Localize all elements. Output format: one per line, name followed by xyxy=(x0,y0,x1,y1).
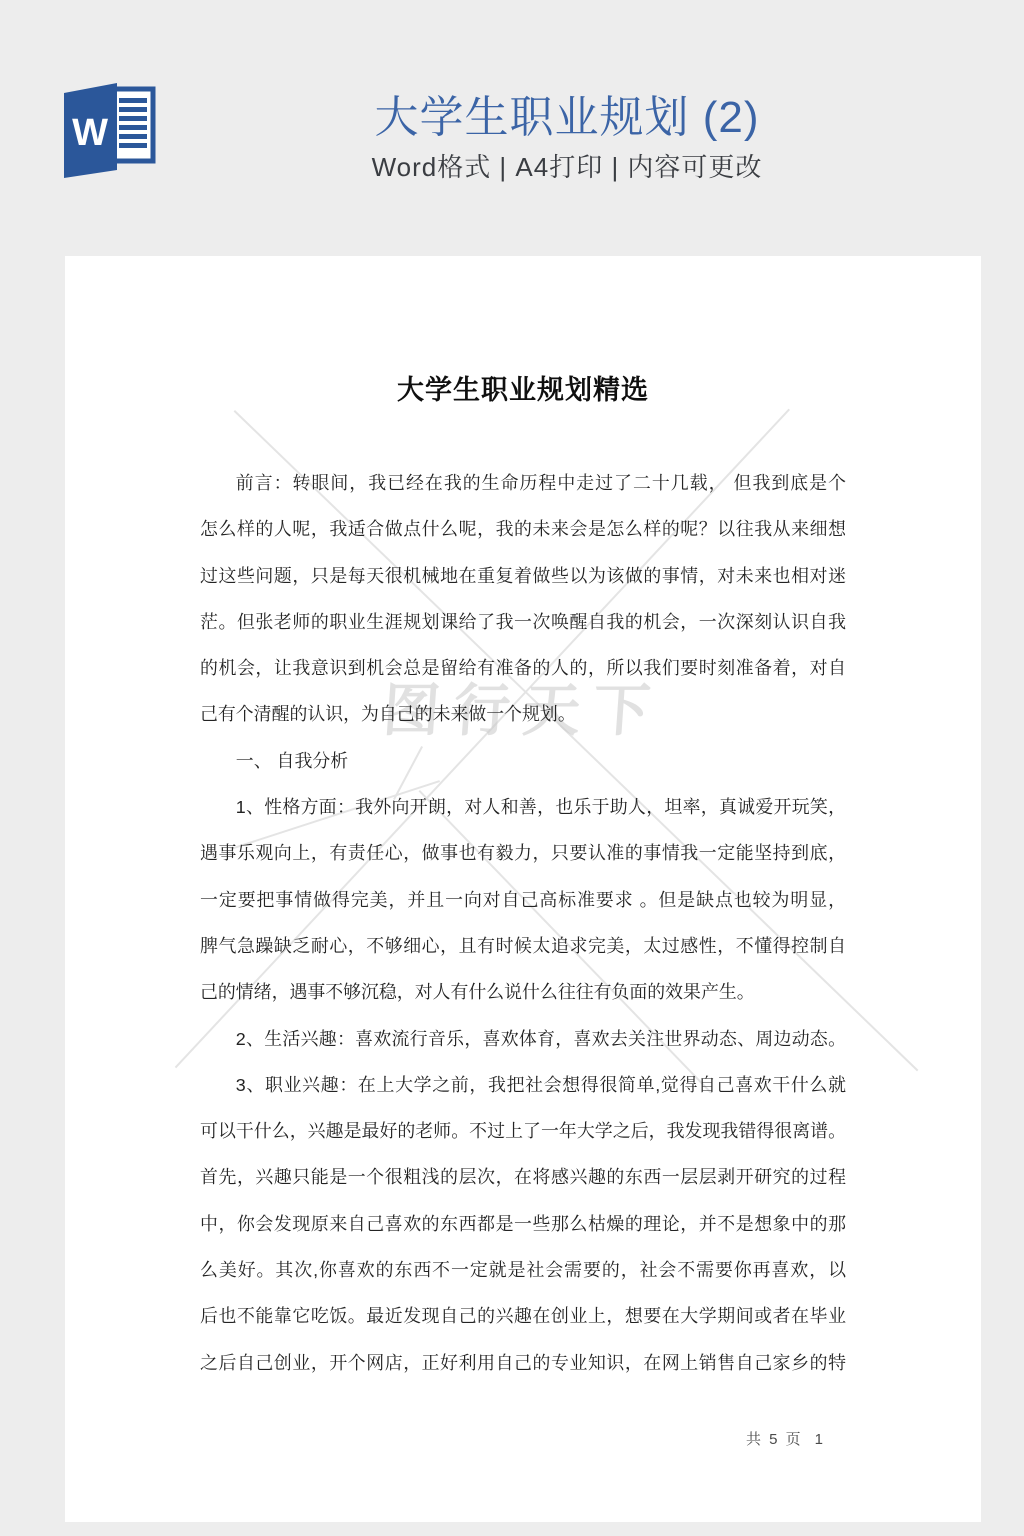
paragraph: 一、 自我分析 xyxy=(200,738,846,784)
paragraph: 前言：转眼间，我已经在我的生命历程中走过了二十几载， 但我到底是个怎么样的人呢，… xyxy=(200,460,846,738)
text-line: 的机会，让我意识到机会总是留给有准备的人的，所以我们要时刻准备着，对自 xyxy=(200,645,846,691)
text-line: 己的情绪，遇事不够沉稳，对人有什么说什么往往有负面的效果产生。 xyxy=(200,969,846,1015)
text-line: 过这些问题，只是每天很机械地在重复着做些以为该做的事情，对未来也相对迷 xyxy=(200,553,846,599)
text-line: 怎么样的人呢，我适合做点什么呢，我的未来会是怎么样的呢？以往我从来细想 xyxy=(200,506,846,552)
page-number: 1 xyxy=(815,1431,823,1448)
document-page: 图行天下 大学生职业规划精选 前言：转眼间，我已经在我的生命历程中走过了二十几载… xyxy=(65,256,981,1522)
header-text: 大学生职业规划 (2) Word格式 | A4打印 | 内容可更改 xyxy=(110,94,1024,184)
document-content: 大学生职业规划精选 前言：转眼间，我已经在我的生命历程中走过了二十几载， 但我到… xyxy=(200,256,846,1386)
text-line: 1、性格方面：我外向开朗，对人和善，也乐于助人，坦率，真诚爱开玩笑， xyxy=(200,784,846,830)
text-line: 可以干什么，兴趣是最好的老师。不过上了一年大学之后，我发现我错得很离谱。 xyxy=(200,1108,846,1154)
paragraph: 3、职业兴趣：在上大学之前，我把社会想得很简单,觉得自己喜欢干什么就可以干什么，… xyxy=(200,1062,846,1386)
text-line: 一、 自我分析 xyxy=(200,738,846,784)
header-subtitle: Word格式 | A4打印 | 内容可更改 xyxy=(110,152,1024,183)
document-body: 前言：转眼间，我已经在我的生命历程中走过了二十几载， 但我到底是个怎么样的人呢，… xyxy=(200,460,846,1386)
text-line: 么美好。其次,你喜欢的东西不一定就是社会需要的，社会不需要你再喜欢，以 xyxy=(200,1247,846,1293)
document-title: 大学生职业规划精选 xyxy=(200,256,846,408)
text-line: 一定要把事情做得完美，并且一向对自己高标准要求 。但是缺点也较为明显， xyxy=(200,877,846,923)
text-line: 之后自己创业，开个网店，正好利用自己的专业知识，在网上销售自己家乡的特 xyxy=(200,1340,846,1386)
text-line: 茫。但张老师的职业生涯规划课给了我一次唤醒自我的机会，一次深刻认识自我 xyxy=(200,599,846,645)
paragraph: 1、性格方面：我外向开朗，对人和善，也乐于助人，坦率，真诚爱开玩笑，遇事乐观向上… xyxy=(200,784,846,1015)
paragraph: 2、生活兴趣：喜欢流行音乐，喜欢体育，喜欢去关注世界动态、周边动态。 xyxy=(200,1016,846,1062)
text-line: 2、生活兴趣：喜欢流行音乐，喜欢体育，喜欢去关注世界动态、周边动态。 xyxy=(200,1016,846,1062)
svg-text:W: W xyxy=(72,112,108,154)
text-line: 中，你会发现原来自己喜欢的东西都是一些那么枯燥的理论，并不是想象中的那 xyxy=(200,1201,846,1247)
text-line: 脾气急躁缺乏耐心，不够细心，且有时候太追求完美，太过感性，不懂得控制自 xyxy=(200,923,846,969)
page-footer: 共 5 页1 xyxy=(746,1428,823,1449)
text-line: 首先，兴趣只能是一个很粗浅的层次，在将感兴趣的东西一层层剥开研究的过程 xyxy=(200,1154,846,1200)
text-line: 后也不能靠它吃饭。最近发现自己的兴趣在创业上，想要在大学期间或者在毕业 xyxy=(200,1293,846,1339)
text-line: 遇事乐观向上，有责任心，做事也有毅力，只要认准的事情我一定能坚持到底， xyxy=(200,830,846,876)
text-line: 前言：转眼间，我已经在我的生命历程中走过了二十几载， 但我到底是个 xyxy=(200,460,846,506)
header-title: 大学生职业规划 (2) xyxy=(110,94,1024,142)
text-line: 3、职业兴趣：在上大学之前，我把社会想得很简单,觉得自己喜欢干什么就 xyxy=(200,1062,846,1108)
text-line: 己有个清醒的认识，为自己的未来做一个规划。 xyxy=(200,691,846,737)
page-background: W 大学生职业规划 (2) Word格式 | A4打印 | 内容可更改 图行天下… xyxy=(0,0,1024,1536)
page-count-label: 共 5 页 xyxy=(746,1431,803,1448)
